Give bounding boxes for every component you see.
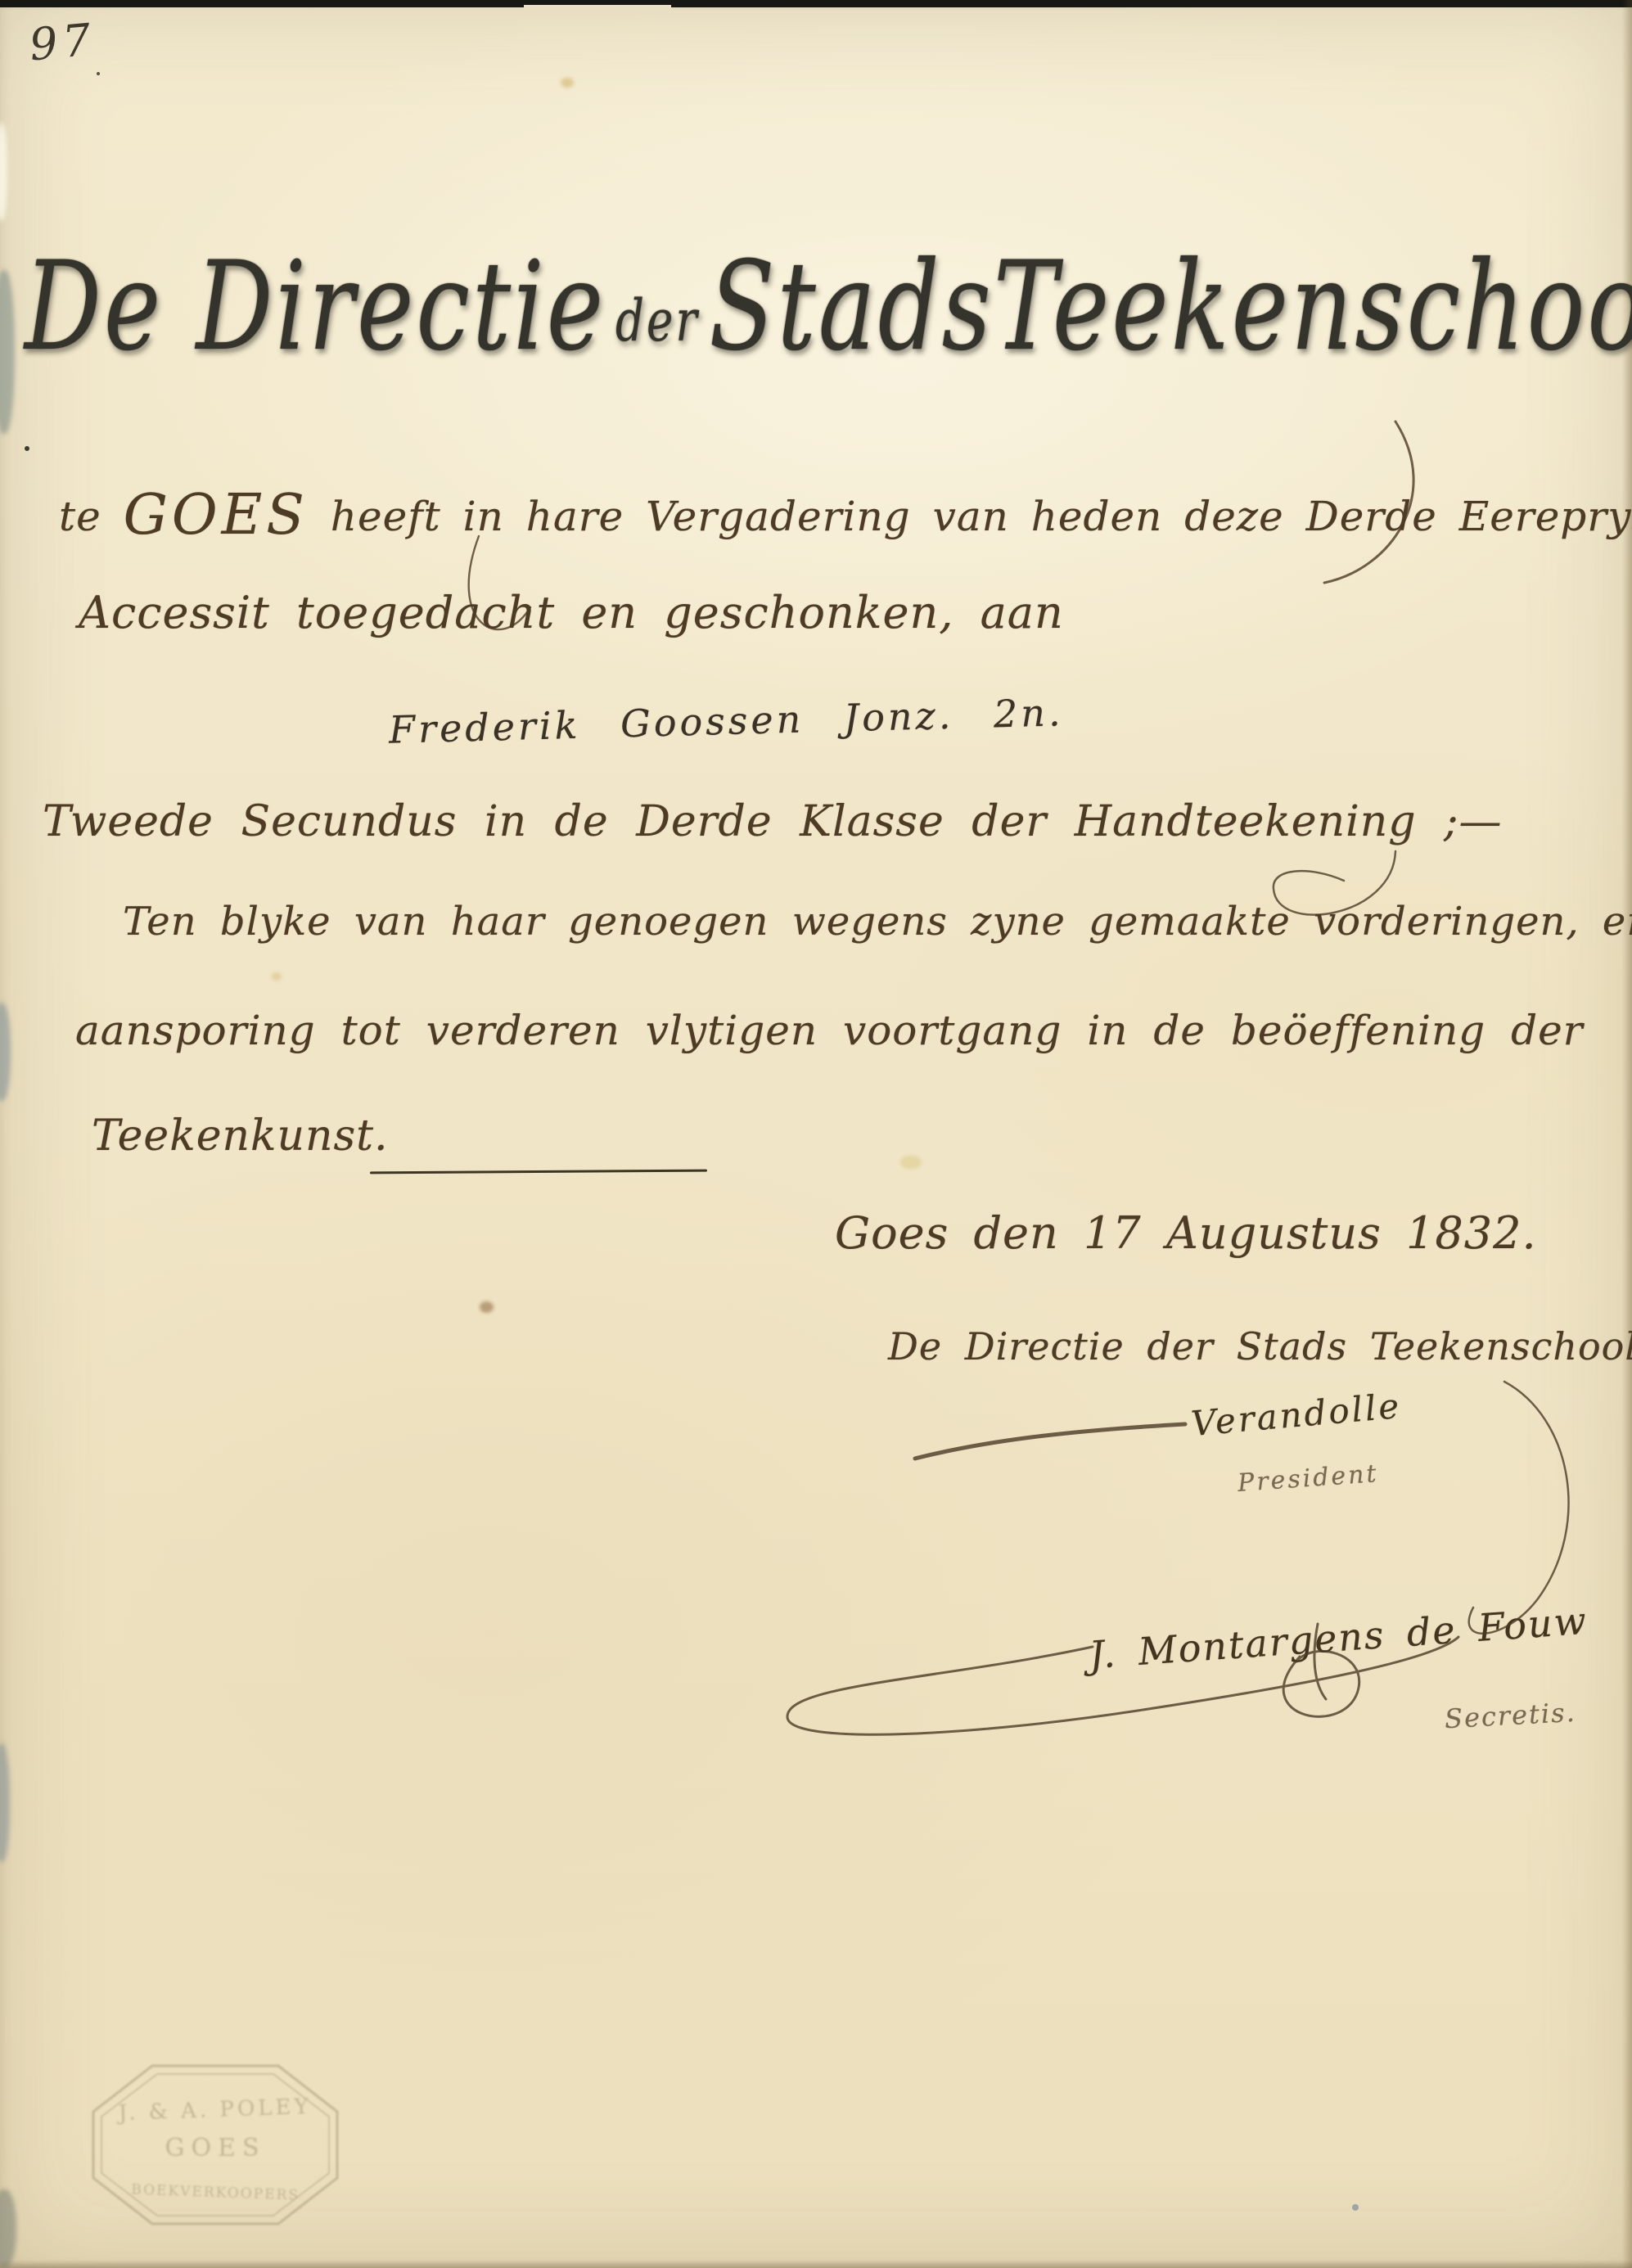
title-part-1: De Directie bbox=[25, 236, 606, 378]
body-line-1: te GOES heeft in hare Vergadering van he… bbox=[59, 485, 1632, 540]
edge-damage-patch bbox=[0, 270, 15, 434]
body-line-4: Ten blyke van haar genoegen wegens zyne … bbox=[123, 902, 1632, 941]
president-signature-dash bbox=[915, 1424, 1185, 1459]
signature-secretary-role: Secretis. bbox=[1444, 1699, 1576, 1732]
edge-damage-patch bbox=[0, 2189, 16, 2268]
body-line-1-pre: te bbox=[59, 493, 101, 540]
dateline: Goes den 17 Augustus 1832. bbox=[835, 1211, 1537, 1256]
body-line-1-place: GOES bbox=[124, 483, 309, 548]
document-scan: 97 De Directie der StadsTeekenschool te … bbox=[0, 0, 1632, 2268]
president-signature-loop bbox=[1469, 1382, 1569, 1634]
paper-stain bbox=[900, 1156, 922, 1169]
stamp-text-bottom: BOEKVERKOOPERS bbox=[131, 2181, 300, 2203]
ink-speck bbox=[1352, 2204, 1359, 2211]
paper-stain bbox=[272, 972, 282, 981]
edge-damage-patch bbox=[0, 1743, 10, 1862]
body-line-6: Teekenkunst. bbox=[92, 1115, 389, 1157]
scan-edge-top bbox=[0, 0, 1632, 7]
blind-stamp: J. & A. POLEY GOES BOEKVERKOOPERS bbox=[88, 2061, 342, 2229]
document-title: De Directie der StadsTeekenschool bbox=[25, 233, 1260, 381]
ink-speck bbox=[97, 72, 100, 75]
paper-stain bbox=[561, 78, 574, 88]
archival-number: 97 bbox=[27, 14, 97, 71]
ruled-line bbox=[370, 1170, 707, 1175]
closing-line: De Directie der Stads Teekenschool bbox=[888, 1328, 1632, 1365]
paper-stain bbox=[480, 1301, 494, 1313]
title-part-2: der bbox=[615, 287, 700, 354]
stamp-text-middle: GOES bbox=[165, 2134, 265, 2162]
paper-edge-bottom bbox=[0, 2260, 1632, 2268]
body-line-5: aansporing tot verderen vlytigen voortga… bbox=[75, 1010, 1584, 1051]
ink-speck bbox=[25, 446, 29, 451]
signature-secretary-name: J. Montargens de Fouw bbox=[1088, 1602, 1589, 1674]
body-line-1-rest: heeft in hare Vergadering van heden deze… bbox=[331, 493, 1632, 540]
edge-tear bbox=[0, 123, 7, 221]
recipient-name: Frederik Goossen Jonz. 2n. bbox=[389, 693, 1064, 749]
title-part-3: StadsTeekenschool bbox=[709, 236, 1632, 378]
signature-president-role: President bbox=[1237, 1462, 1379, 1496]
stamp-text-top: J. & A. POLEY bbox=[115, 2094, 312, 2126]
scan-edge-gap bbox=[524, 5, 671, 10]
body-line-3: Tweede Secundus in de Derde Klasse der H… bbox=[43, 800, 1503, 843]
body-line-2: Accessit toegedacht en geschonken, aan bbox=[79, 591, 1064, 635]
signature-president-name: Verandolle bbox=[1190, 1389, 1403, 1441]
edge-damage-patch bbox=[0, 1003, 11, 1101]
